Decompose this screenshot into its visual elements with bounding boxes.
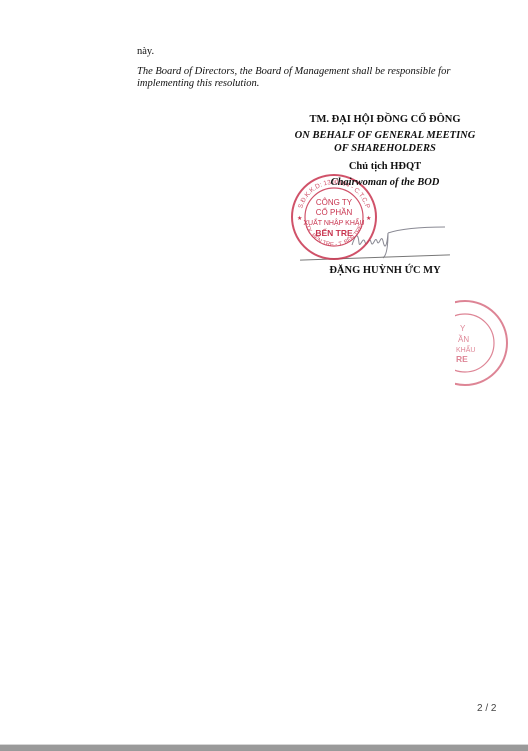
signature-title-en-line2: OF SHAREHOLDERS: [270, 143, 500, 154]
svg-text:★: ★: [297, 215, 302, 222]
svg-text:ẦN: ẦN: [458, 334, 469, 344]
partial-seal-stamp: Y ẦN KHẨU RE: [420, 298, 510, 388]
document-page: này. The Board of Directors, the Board o…: [0, 0, 528, 742]
viewer-bottom-bar: [0, 744, 528, 751]
responsibility-paragraph: The Board of Directors, the Board of Man…: [137, 66, 477, 90]
signature-title-vn: TM. ĐẠI HỘI ĐỒNG CỔ ĐÔNG: [270, 114, 500, 125]
signature-role-en: Chairwoman of the BOD: [270, 177, 500, 188]
signature-title-en-line1: ON BEHALF OF GENERAL MEETING: [270, 130, 500, 141]
svg-text:★: ★: [366, 215, 371, 222]
svg-text:KHẨU: KHẨU: [456, 345, 475, 354]
signature-role-vn: Chủ tịch HĐQT: [270, 161, 500, 172]
stamp-line3: XUẤT NHẬP KHẨU: [303, 217, 364, 227]
stamp-line2: CỔ PHẦN: [316, 207, 353, 217]
stamp-line1: CÔNG TY: [316, 198, 353, 207]
stamp-line4: BẾN TRE: [315, 228, 353, 238]
svg-text:Y: Y: [460, 324, 466, 333]
page-number: 2 / 2: [477, 703, 496, 714]
svg-text:RE: RE: [456, 354, 468, 364]
signatory-name: ĐẶNG HUỲNH ỨC MY: [270, 265, 500, 276]
continuation-text: này.: [137, 46, 154, 58]
